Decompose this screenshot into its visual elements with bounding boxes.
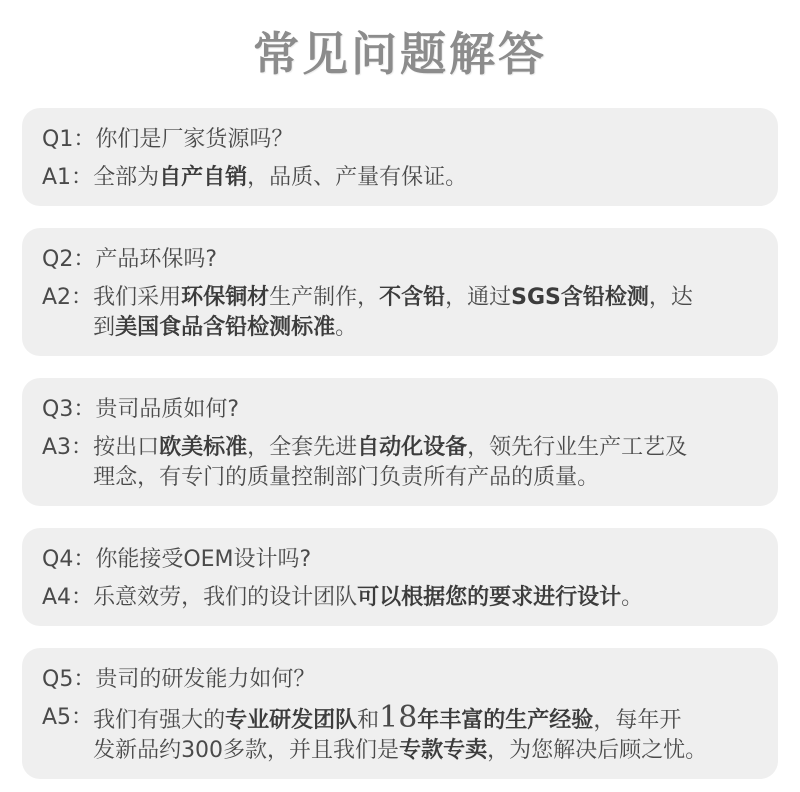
question-text: 产品环保吗?: [95, 242, 756, 278]
question-row: Q4： 你能接受OEM设计吗?: [42, 542, 756, 578]
answer-text: 我们有强大的专业研发团队和18年丰富的生产经验，每年开发新品约300多款，并且我…: [93, 703, 756, 766]
page-title: 常见问题解答: [0, 26, 800, 82]
answer-label: A4：: [42, 583, 93, 613]
faq-card-4: Q4： 你能接受OEM设计吗? A4： 乐意效劳，我们的设计团队可以根据您的要求…: [22, 528, 778, 626]
answer-label: A3：: [42, 433, 93, 493]
answer-text: 按出口欧美标准，全套先进自动化设备，领先行业生产工艺及理念，有专门的质量控制部门…: [93, 433, 756, 493]
question-label: Q2：: [42, 242, 95, 278]
answer-text: 全部为自产自销，品质、产量有保证。: [93, 163, 756, 193]
question-row: Q5： 贵司的研发能力如何？: [42, 662, 756, 698]
answer-row: A4： 乐意效劳，我们的设计团队可以根据您的要求进行设计。: [42, 583, 756, 613]
question-text: 贵司的研发能力如何？: [95, 662, 756, 698]
question-row: Q3： 贵司品质如何?: [42, 392, 756, 428]
question-label: Q3：: [42, 392, 95, 428]
faq-card-1: Q1： 你们是厂家货源吗？ A1： 全部为自产自销，品质、产量有保证。: [22, 108, 778, 206]
question-label: Q4：: [42, 542, 95, 578]
question-text: 你们是厂家货源吗？: [95, 122, 756, 158]
answer-row: A5： 我们有强大的专业研发团队和18年丰富的生产经验，每年开发新品约300多款…: [42, 703, 756, 766]
question-label: Q1：: [42, 122, 95, 158]
answer-text: 我们采用环保铜材生产制作，不含铅，通过SGS含铅检测，达到美国食品含铅检测标准。: [93, 283, 756, 343]
answer-label: A2：: [42, 283, 93, 343]
faq-page: 常见问题解答 Q1： 你们是厂家货源吗？ A1： 全部为自产自销，品质、产量有保…: [0, 0, 800, 792]
answer-text: 乐意效劳，我们的设计团队可以根据您的要求进行设计。: [93, 583, 756, 613]
answer-label: A5：: [42, 703, 93, 766]
faq-card-2: Q2： 产品环保吗? A2： 我们采用环保铜材生产制作，不含铅，通过SGS含铅检…: [22, 228, 778, 356]
question-text: 你能接受OEM设计吗?: [95, 542, 756, 578]
answer-label: A1：: [42, 163, 93, 193]
answer-row: A3： 按出口欧美标准，全套先进自动化设备，领先行业生产工艺及理念，有专门的质量…: [42, 433, 756, 493]
question-row: Q1： 你们是厂家货源吗？: [42, 122, 756, 158]
question-row: Q2： 产品环保吗?: [42, 242, 756, 278]
faq-card-3: Q3： 贵司品质如何? A3： 按出口欧美标准，全套先进自动化设备，领先行业生产…: [22, 378, 778, 506]
question-text: 贵司品质如何?: [95, 392, 756, 428]
faq-card-5: Q5： 贵司的研发能力如何？ A5： 我们有强大的专业研发团队和18年丰富的生产…: [22, 648, 778, 779]
answer-row: A2： 我们采用环保铜材生产制作，不含铅，通过SGS含铅检测，达到美国食品含铅检…: [42, 283, 756, 343]
answer-row: A1： 全部为自产自销，品质、产量有保证。: [42, 163, 756, 193]
question-label: Q5：: [42, 662, 95, 698]
